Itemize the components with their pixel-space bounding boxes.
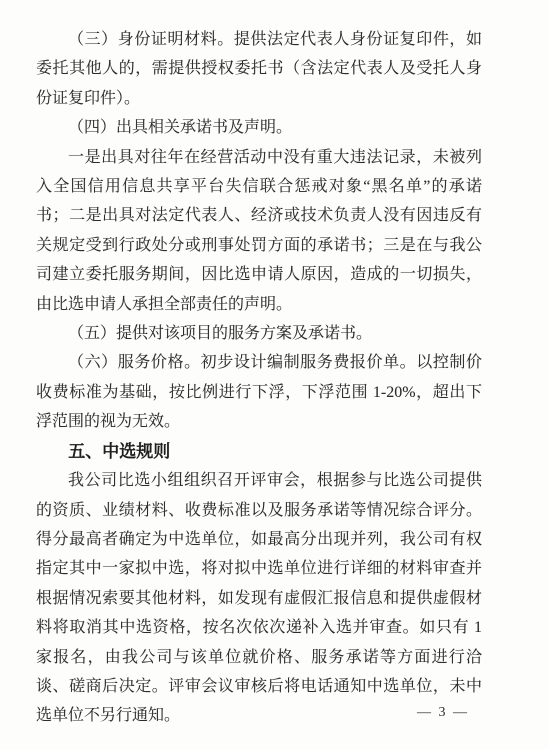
paragraph-commitment-letters-intro: （四）出具相关承诺书及声明。 <box>36 113 482 142</box>
section-heading-selection-rules: 五、中选规则 <box>36 437 482 466</box>
paragraph-selection-rules-body: 我公司比选小组组织召开评审会，根据参与比选公司提供的资质、业绩材料、收费标准以及… <box>36 466 482 731</box>
paragraph-identity-materials: （三）身份证明材料。提供法定代表人身份证复印件，如委托其他人的，需提供授权委托书… <box>36 25 482 113</box>
scanned-document-page: （三）身份证明材料。提供法定代表人身份证复印件，如委托其他人的，需提供授权委托书… <box>0 0 549 749</box>
document-body: （三）身份证明材料。提供法定代表人身份证复印件，如委托其他人的，需提供授权委托书… <box>36 25 482 731</box>
paragraph-service-plan: （五）提供对该项目的服务方案及承诺书。 <box>36 319 482 348</box>
page-number: — 3 — <box>417 705 469 721</box>
paragraph-commitment-details: 一是出具对往年在经营活动中没有重大违法记录，未被列入全国信用信息共享平台失信联合… <box>36 143 482 319</box>
paragraph-service-price: （六）服务价格。初步设计编制服务费报价单。以控制价收费标准为基础，按比例进行下浮… <box>36 348 482 436</box>
